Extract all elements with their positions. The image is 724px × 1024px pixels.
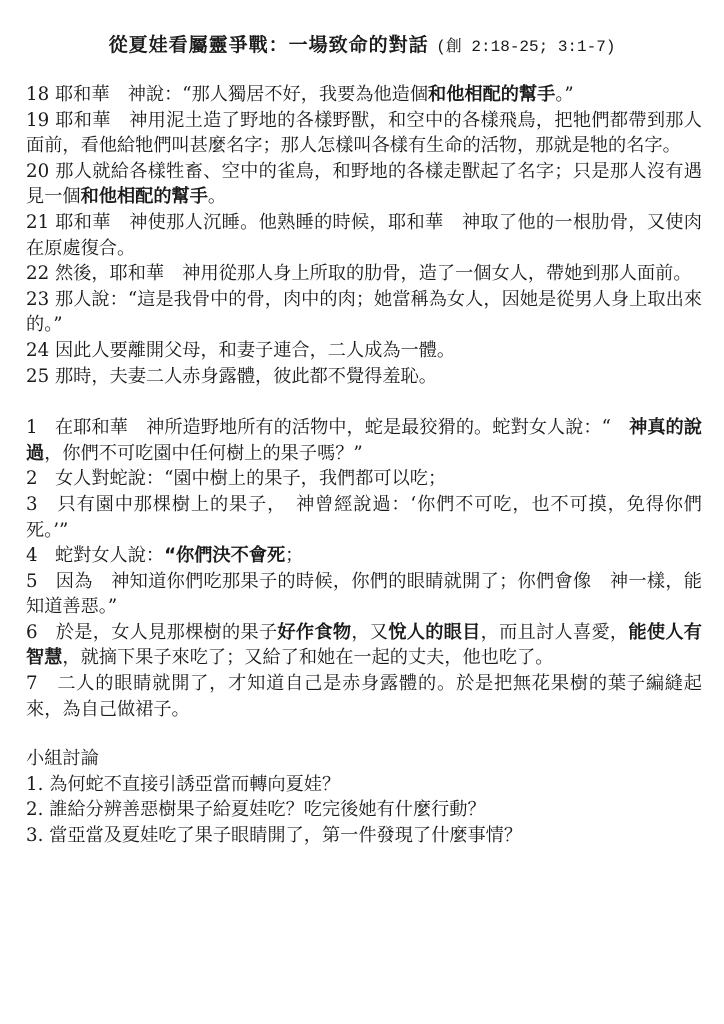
- verse-text: 耶和華 神用泥土造了野地的各樣野獸，和空中的各樣飛鳥，把牠們都帶到那人面前，看他…: [26, 110, 702, 157]
- verse-text: ，你們不可吃園中任何樹上的果子嗎？”: [44, 443, 363, 464]
- verse-text: 那人說：“這是我骨中的骨，肉中的肉；她當稱為女人，因她是從男人身上取出來的。”: [26, 289, 702, 336]
- verse-3-7: 7 二人的眼睛就開了，才知道自己是赤身露體的。於是把無花果樹的葉子編縫起來，為自…: [26, 671, 702, 722]
- emphasis-text: 和他相配的幫手: [81, 186, 208, 207]
- document-title: 從夏娃看屬靈爭戰：一場致命的對話 (創 2:18-25; 3:1-7): [0, 30, 724, 57]
- verse-number: 24: [26, 340, 49, 361]
- section-spacer: [26, 389, 702, 415]
- emphasis-text: 悅人的眼目: [388, 622, 480, 643]
- verse-number: 4: [26, 545, 38, 566]
- verse-number: 25: [26, 366, 49, 387]
- verse-text: ，而且討人喜愛，: [481, 622, 629, 643]
- verse-text: 蛇對女人說：: [55, 545, 164, 566]
- document-body: 18 耶和華 神說：“那人獨居不好，我要為他造個和他相配的幫手。” 19 耶和華…: [26, 82, 702, 849]
- verse-3-6: 6 於是，女人見那棵樹的果子好作食物，又悅人的眼目，而且討人喜愛，能使人有智慧，…: [26, 620, 702, 671]
- verse-2-23: 23 那人說：“這是我骨中的骨，肉中的肉；她當稱為女人，因她是從男人身上取出來的…: [26, 287, 702, 338]
- verse-number: 22: [26, 263, 49, 284]
- verse-number: 1: [26, 417, 38, 438]
- verse-text: 耶和華 神說：“那人獨居不好，我要為他造個: [55, 84, 428, 105]
- title-reference: (創 2:18-25; 3:1-7): [436, 38, 615, 56]
- emphasis-text: 好作食物: [277, 622, 351, 643]
- emphasis-text: 和他相配的幫手: [428, 84, 555, 105]
- verse-number: 20: [26, 161, 49, 182]
- verse-text: 女人對蛇說：“園中樹上的果子，我們都可以吃；: [55, 468, 446, 489]
- verse-text: 。”: [555, 84, 573, 105]
- verse-text: 在耶和華 神所造野地所有的活物中，蛇是最狡猾的。蛇對女人說：“: [55, 417, 629, 438]
- discussion-question-1: 1. 為何蛇不直接引誘亞當而轉向夏娃？: [26, 772, 702, 798]
- verse-2-25: 25 那時，夫妻二人赤身露體，彼此都不覺得羞恥。: [26, 364, 702, 390]
- verse-text: ，又: [351, 622, 388, 643]
- verse-number: 7: [26, 673, 38, 694]
- section-spacer: [26, 722, 702, 746]
- verse-3-2: 2 女人對蛇說：“園中樹上的果子，我們都可以吃；: [26, 466, 702, 492]
- verse-3-3: 3 只有園中那棵樹上的果子， 神曾經說過：‘你們不可吃，也不可摸，免得你們死。’…: [26, 492, 702, 543]
- verse-2-22: 22 然後，耶和華 神用從那人身上所取的肋骨，造了一個女人，帶她到那人面前。: [26, 261, 702, 287]
- discussion-heading: 小組討論: [26, 746, 702, 772]
- verse-number: 5: [26, 571, 38, 592]
- verse-2-20: 20 那人就給各樣牲畜、空中的雀鳥，和野地的各樣走獸起了名字；只是那人沒有遇見一…: [26, 159, 702, 210]
- verse-text: 。: [208, 186, 226, 207]
- verse-2-18: 18 耶和華 神說：“那人獨居不好，我要為他造個和他相配的幫手。”: [26, 82, 702, 108]
- title-main: 從夏娃看屬靈爭戰：一場致命的對話: [109, 34, 429, 56]
- verse-text: 因此人要離開父母，和妻子連合，二人成為一體。: [55, 340, 455, 361]
- verse-text: 於是，女人見那棵樹的果子: [56, 622, 278, 643]
- verse-text: 只有園中那棵樹上的果子， 神曾經說過：‘你們不可吃，也不可摸，免得你們死。’”: [26, 494, 702, 541]
- emphasis-text: “你們決不會死: [164, 545, 285, 566]
- verse-2-21: 21 耶和華 神使那人沉睡。他熟睡的時候，耶和華 神取了他的一根肋骨，又使肉在原…: [26, 210, 702, 261]
- verse-text: 然後，耶和華 神用從那人身上所取的肋骨，造了一個女人，帶她到那人面前。: [55, 263, 692, 284]
- verse-2-24: 24 因此人要離開父母，和妻子連合，二人成為一體。: [26, 338, 702, 364]
- verse-text: 二人的眼睛就開了，才知道自己是赤身露體的。於是把無花果樹的葉子編縫起來，為自己做…: [26, 673, 702, 720]
- verse-text: 因為 神知道你們吃那果子的時候，你們的眼睛就開了；你們會像 神一樣，能知道善惡。…: [26, 571, 702, 618]
- verse-number: 21: [26, 212, 49, 233]
- verse-2-19: 19 耶和華 神用泥土造了野地的各樣野獸，和空中的各樣飛鳥，把牠們都帶到那人面前…: [26, 108, 702, 159]
- verse-number: 19: [26, 110, 49, 131]
- verse-number: 23: [26, 289, 49, 310]
- verse-text: 那時，夫妻二人赤身露體，彼此都不覺得羞恥。: [55, 366, 437, 387]
- discussion-question-2: 2. 誰給分辨善惡樹果子給夏娃吃？吃完後她有什麼行動？: [26, 797, 702, 823]
- verse-text: 耶和華 神使那人沉睡。他熟睡的時候，耶和華 神取了他的一根肋骨，又使肉在原處復合…: [26, 212, 702, 259]
- verse-number: 18: [26, 84, 49, 105]
- verse-number: 2: [26, 468, 38, 489]
- verse-3-5: 5 因為 神知道你們吃那果子的時候，你們的眼睛就開了；你們會像 神一樣，能知道善…: [26, 569, 702, 620]
- discussion-question-3: 3. 當亞當及夏娃吃了果子眼睛開了，第一件發現了什麼事情？: [26, 823, 702, 849]
- verse-3-4: 4 蛇對女人說：“你們決不會死；: [26, 543, 702, 569]
- verse-3-1: 1 在耶和華 神所造野地所有的活物中，蛇是最狡猾的。蛇對女人說：“ 神真的說過，…: [26, 415, 702, 466]
- verse-text: ，就摘下果子來吃了；又給了和她在一起的丈夫，他也吃了。: [62, 647, 553, 668]
- verse-number: 3: [26, 494, 38, 515]
- verse-number: 6: [26, 622, 38, 643]
- verse-text: ；: [285, 545, 303, 566]
